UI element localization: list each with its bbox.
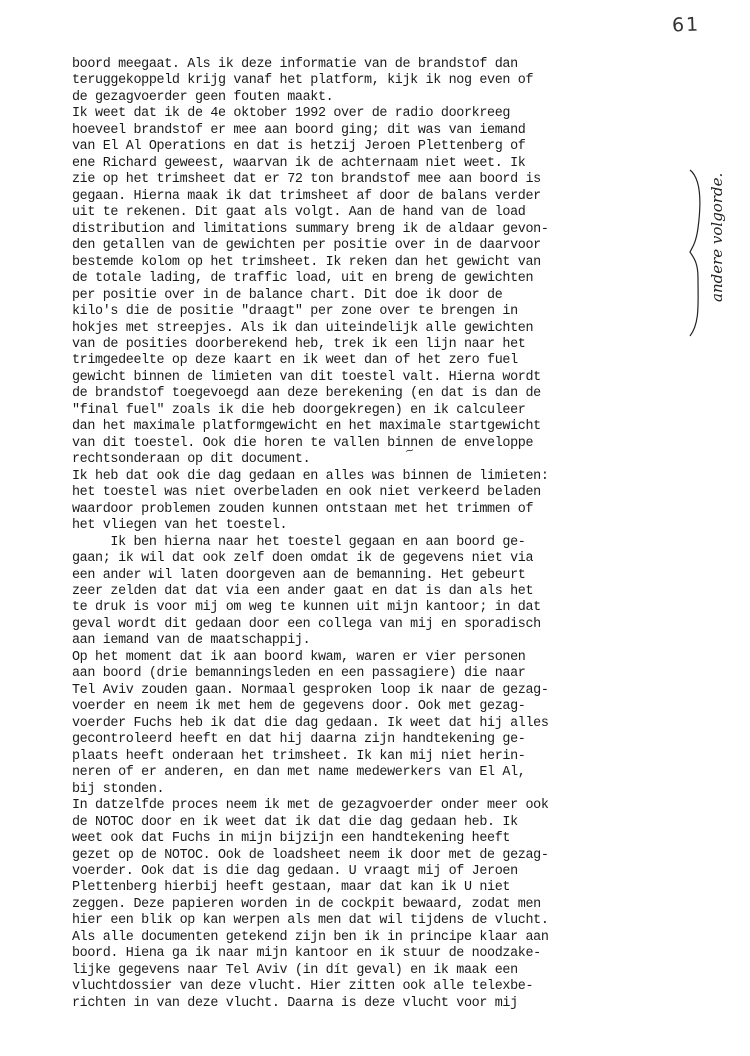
text-line: bij stonden. (72, 782, 712, 798)
text-line: hokjes met streepjes. Als ik dan uiteind… (72, 321, 712, 337)
text-line: Ik weet dat ik de 4e oktober 1992 over d… (72, 106, 712, 122)
document-page: 61 boord meegaat. Als ik deze informatie… (0, 0, 750, 1056)
text-line: zeer zelden dat dat via een ander gaat e… (72, 584, 712, 600)
text-line: lijke gegevens naar Tel Aviv (in dít gev… (72, 963, 712, 979)
text-line: bestemde kolom op het trimsheet. Ik reke… (72, 255, 712, 271)
text-line: van dit toestel. Ook die horen te vallen… (72, 436, 712, 452)
text-line: rechtsonderaan op dit document. (72, 452, 712, 468)
text-line: boord meegaat. Als ik deze informatie va… (72, 57, 712, 73)
text-line: Ik heb dat ook die dag gedaan en alles w… (72, 469, 712, 485)
margin-brace-mark (688, 168, 708, 338)
text-line: voerder Fuchs heb ik dat die dag gedaan.… (72, 716, 712, 732)
text-line: ene Richard geweest, waarvan ik de achte… (72, 156, 712, 172)
text-line: aan iemand van de maatschappij. (72, 633, 712, 649)
handwritten-correction-mark: ~ (404, 443, 415, 457)
text-line: neren of er anderen, en dan met name med… (72, 765, 712, 781)
text-line: een ander wil laten doorgeven aan de bem… (72, 568, 712, 584)
text-line: Plettenberg hierbij heeft gestaan, maar … (72, 880, 712, 896)
text-line: richten in van deze vlucht. Daarna is de… (72, 996, 712, 1012)
text-line: de totale lading, de traffic load, uit e… (72, 271, 712, 287)
text-line: het toestel was niet overbeladen en ook … (72, 485, 712, 501)
text-line: van de posities doorberekend heb, trek i… (72, 337, 712, 353)
text-line: den getallen van de gewichten per positi… (72, 238, 712, 254)
text-line: gecontroleerd heeft en dat hij daarna zi… (72, 732, 712, 748)
text-line: de brandstof toegevoegd aan deze bereken… (72, 386, 712, 402)
text-line: weet ook dat Fuchs in mijn bijzijn een h… (72, 831, 712, 847)
text-line: uit te rekenen. Dit gaat als volgt. Aan … (72, 205, 712, 221)
text-line: zie op het trimsheet dat er 72 ton brand… (72, 172, 712, 188)
body-text: boord meegaat. Als ik deze informatie va… (72, 57, 712, 1012)
text-line: boord. Hiena ga ik naar mijn kantoor en … (72, 946, 712, 962)
text-line: hoeveel brandstof er mee aan boord ging;… (72, 123, 712, 139)
text-line: dan het maximale platformgewicht en het … (72, 419, 712, 435)
text-line: van El Al Operations en dat is hetzij Je… (72, 139, 712, 155)
text-line: Als alle documenten getekend zijn ben ik… (72, 930, 712, 946)
text-line: plaats heeft onderaan het trimsheet. Ik … (72, 749, 712, 765)
text-line: geval wordt dit gedaan door een collega … (72, 617, 712, 633)
page-number: 61 (672, 14, 701, 37)
text-line: de gezagvoerder geen fouten maakt. (72, 90, 712, 106)
text-line: de NOTOC door en ik weet dat ik dat die … (72, 815, 712, 831)
text-line: waardoor problemen zouden kunnen ontstaa… (72, 502, 712, 518)
text-line: Op het moment dat ik aan boord kwam, war… (72, 650, 712, 666)
text-line: voerder. Ook dat is die dag gedaan. U vr… (72, 864, 712, 880)
text-line: gezet op de NOTOC. Ook de loadsheet neem… (72, 848, 712, 864)
text-line: teruggekoppeld krijg vanaf het platform,… (72, 73, 712, 89)
handwritten-margin-note: andere volgorde. (708, 173, 726, 302)
text-line: kilo's die de positie "draagt" per zone … (72, 304, 712, 320)
text-line: Tel Aviv zouden gaan. Normaal gesproken … (72, 683, 712, 699)
text-line: vluchtdossier van deze vlucht. Hier zitt… (72, 979, 712, 995)
text-line: zeggen. Deze papieren worden in de cockp… (72, 897, 712, 913)
text-line: hier een blik op kan werpen als men dat … (72, 913, 712, 929)
text-line: gaan; ik wil dat ook zelf doen omdat ik … (72, 551, 712, 567)
text-line: "final fuel" zoals ik die heb doorgekreg… (72, 403, 712, 419)
text-line: In datzelfde proces neem ik met de gezag… (72, 798, 712, 814)
text-line: gewicht binnen de limieten van dit toest… (72, 370, 712, 386)
text-line: trimgedeelte op deze kaart en ik weet da… (72, 353, 712, 369)
text-line: het vliegen van het toestel. (72, 518, 712, 534)
text-line: Ik ben hierna naar het toestel gegaan en… (72, 535, 712, 551)
text-line: distribution and limitations summary bre… (72, 222, 712, 238)
text-line: voerder en neem ik met hem de gegevens d… (72, 699, 712, 715)
text-line: te druk is voor mij om weg te kunnen uit… (72, 600, 712, 616)
text-line: gegaan. Hierna maak ik dat trimsheet af … (72, 189, 712, 205)
text-line: per positie over in de balance chart. Di… (72, 288, 712, 304)
text-line: aan boord (drie bemanningsleden en een p… (72, 666, 712, 682)
